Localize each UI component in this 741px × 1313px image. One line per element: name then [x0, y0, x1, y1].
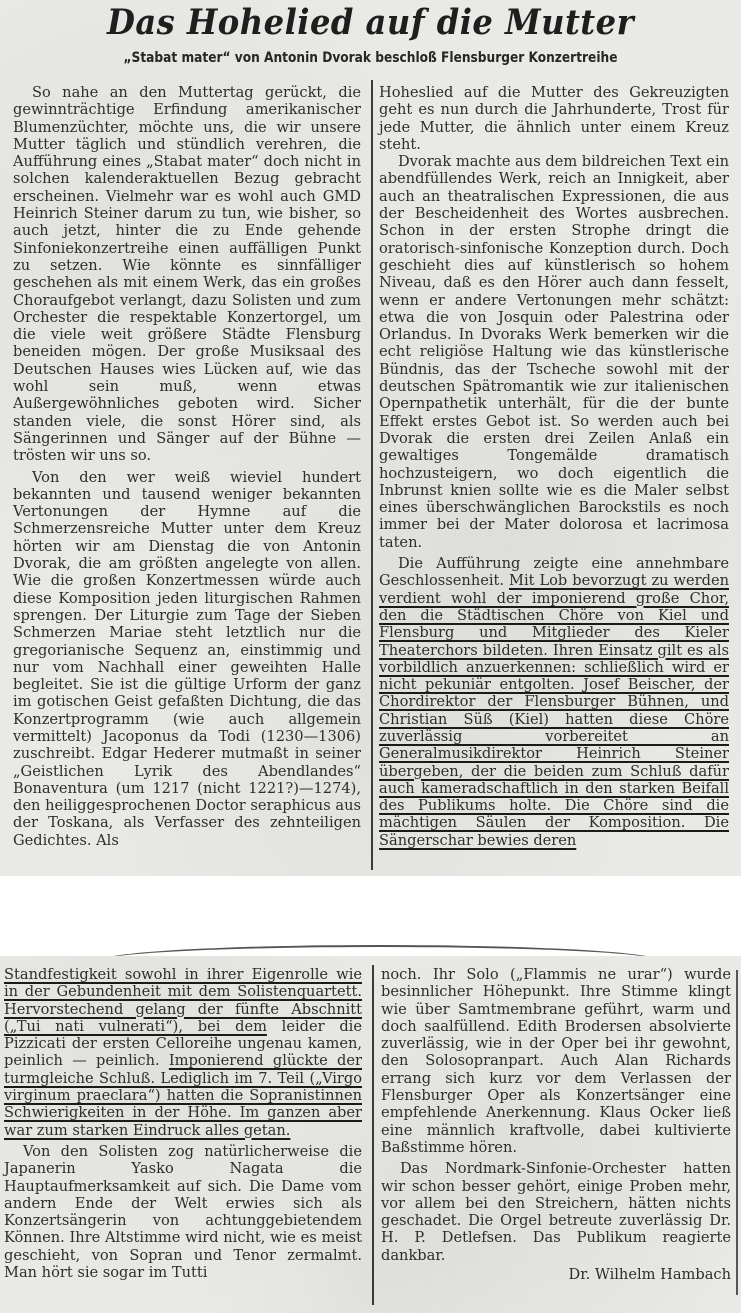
article-column-3: Standfestigkeit sowohl in ihrer Eigenrol…	[4, 966, 362, 1281]
underlined-passage: Mit Lob bevorzugt zu werden verdient woh…	[379, 572, 729, 848]
article-subheadline: „Stabat mater“ von Antonin Dvorak beschl…	[52, 50, 689, 66]
paragraph: Hoheslied auf die Mutter des Gekreuzigte…	[379, 84, 729, 153]
author-signature: Dr. Wilhelm Hambach	[381, 1266, 731, 1283]
paragraph: Das Nordmark-Sinfonie-Orchester hatten w…	[381, 1160, 731, 1264]
paragraph: Dvorak machte aus dem bildreichen Text e…	[379, 153, 729, 551]
column-divider-top	[371, 80, 373, 870]
article-column-4: noch. Ihr Solo („Flammis ne urar“) wurde…	[381, 966, 731, 1283]
paragraph: Von den wer weiß wieviel hundert bekannt…	[13, 469, 361, 850]
article-column-1: So nahe an den Muttertag gerückt, die ge…	[13, 84, 361, 849]
column-divider-bottom	[372, 965, 374, 1305]
paragraph: noch. Ihr Solo („Flammis ne urar“) wurde…	[381, 966, 731, 1156]
paragraph: Standfestigkeit sowohl in ihrer Eigenrol…	[4, 966, 362, 1139]
paragraph: Die Aufführung zeigte eine annehmbare Ge…	[379, 555, 729, 849]
article-column-2: Hoheslied auf die Mutter des Gekreuzigte…	[379, 84, 729, 849]
paragraph: Von den Solisten zog natürlicherweise di…	[4, 1143, 362, 1281]
paragraph: So nahe an den Muttertag gerückt, die ge…	[13, 84, 361, 465]
clipping-gap	[0, 876, 741, 956]
article-headline: Das Hohelied auf die Mutter	[30, 2, 712, 43]
right-border-bottom	[736, 970, 738, 1295]
